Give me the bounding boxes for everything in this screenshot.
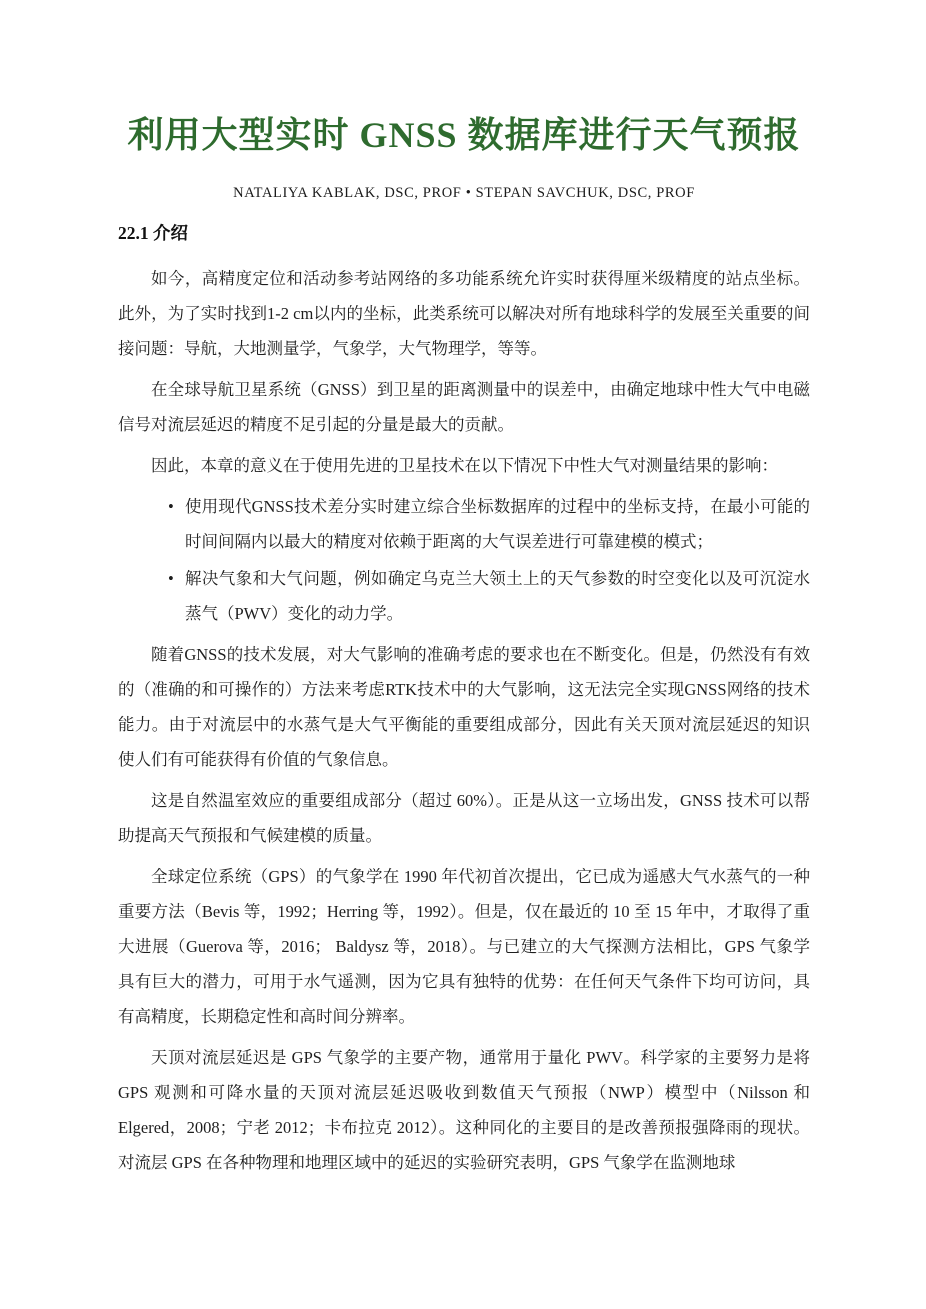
document-content: 利用大型实时 GNSS 数据库进行天气预报 NATALIYA KABLAK, D… (118, 112, 810, 1180)
bullet-icon: • (168, 489, 174, 524)
bullet-list: • 使用现代GNSS技术差分实时建立综合坐标数据库的过程中的坐标支持，在最小可能… (118, 489, 810, 631)
bullet-item-1: • 使用现代GNSS技术差分实时建立综合坐标数据库的过程中的坐标支持，在最小可能… (118, 489, 810, 559)
body-paragraph-4: 天顶对流层延迟是 GPS 气象学的主要产物，通常用于量化 PWV。科学家的主要努… (118, 1040, 810, 1180)
section-heading: 22.1 介绍 (118, 221, 810, 245)
bullet-item-2: • 解决气象和大气问题，例如确定乌克兰大领土上的天气参数的时空变化以及可沉淀水蒸… (118, 561, 810, 631)
body-paragraph-2: 这是自然温室效应的重要组成部分（超过 60%）。正是从这一立场出发，GNSS 技… (118, 783, 810, 853)
intro-paragraph-3: 因此，本章的意义在于使用先进的卫星技术在以下情况下中性大气对测量结果的影响： (118, 448, 810, 483)
bullet-text-1: 使用现代GNSS技术差分实时建立综合坐标数据库的过程中的坐标支持，在最小可能的时… (185, 497, 810, 551)
intro-paragraph-1: 如今，高精度定位和活动参考站网络的多功能系统允许实时获得厘米级精度的站点坐标。此… (118, 261, 810, 366)
document-page: 利用大型实时 GNSS 数据库进行天气预报 NATALIYA KABLAK, D… (0, 0, 926, 1309)
bullet-text-2: 解决气象和大气问题，例如确定乌克兰大领土上的天气参数的时空变化以及可沉淀水蒸气（… (185, 569, 810, 623)
intro-paragraph-2: 在全球导航卫星系统（GNSS）到卫星的距离测量中的误差中，由确定地球中性大气中电… (118, 372, 810, 442)
document-title: 利用大型实时 GNSS 数据库进行天气预报 (118, 112, 810, 158)
body-paragraph-3: 全球定位系统（GPS）的气象学在 1990 年代初首次提出，它已成为遥感大气水蒸… (118, 859, 810, 1034)
author-byline: NATALIYA KABLAK, DSC, PROF • STEPAN SAVC… (118, 184, 810, 202)
bullet-icon: • (168, 561, 174, 596)
body-paragraph-1: 随着GNSS的技术发展，对大气影响的准确考虑的要求也在不断变化。但是，仍然没有有… (118, 637, 810, 777)
